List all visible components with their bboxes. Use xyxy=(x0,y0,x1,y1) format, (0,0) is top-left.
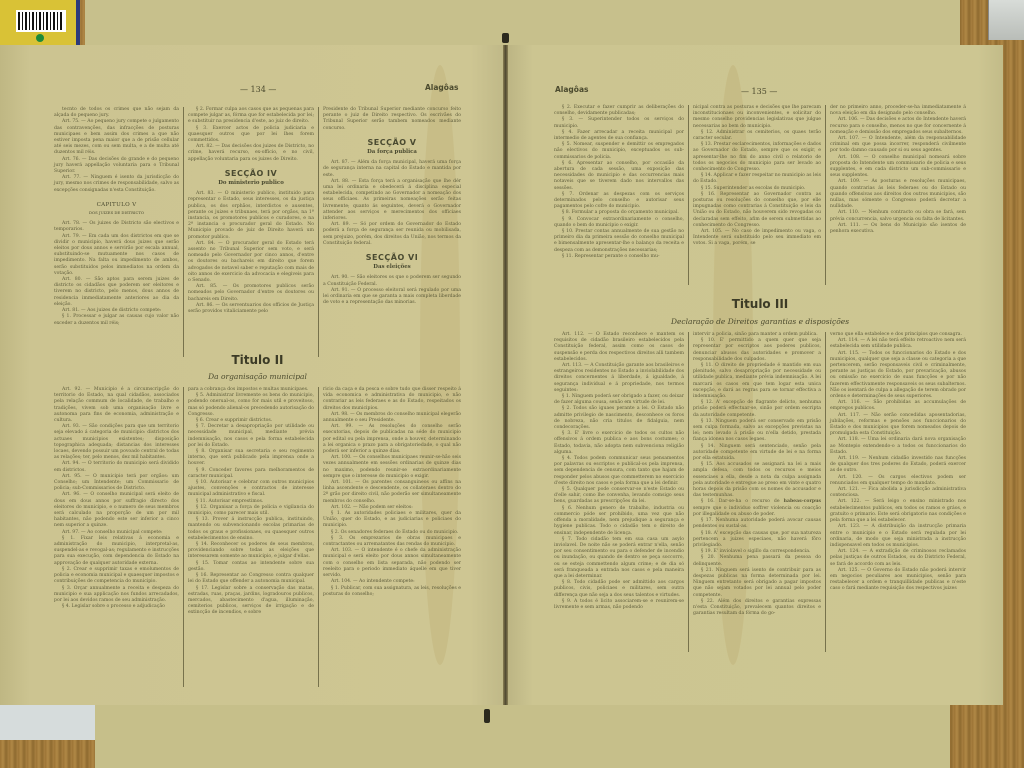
article-paragraph: Art. 79. — Em cada um dos districtos em … xyxy=(54,234,179,277)
article-paragraph: § 15. Aos accusados se assignará na lei … xyxy=(693,462,821,499)
article-paragraph: § 22. Além dos direitos e garantias expr… xyxy=(693,599,821,618)
lower-columns: Art. 92. — Municipio é a circumscripção … xyxy=(50,387,465,687)
article-paragraph: § 2. Executar e fazer cumprir as deliber… xyxy=(554,105,684,117)
section-title: Titulo III xyxy=(550,297,970,311)
article-paragraph: Art. 77. — Ninguem é isento da jurisdicç… xyxy=(54,175,179,194)
article-paragraph: § 13. Prover á instrucção publica, insti… xyxy=(188,517,314,542)
article-paragraph: Art. 100. — Os conselhos municipaes reun… xyxy=(323,455,461,480)
article-paragraph: § 4. Legislar sobre o processo e adjudic… xyxy=(54,604,179,610)
upper-columns: § 2. Executar e fazer cumprir as deliber… xyxy=(550,105,970,285)
article-paragraph: Art. 119. — Nenhum cidadão investido nas… xyxy=(830,456,966,475)
section-subheading: Da força publica xyxy=(323,149,461,155)
column: nicipal contra as posturas e decisões qu… xyxy=(688,105,825,285)
article-paragraph: § 13. Ninguem poderá ser conservado em p… xyxy=(693,419,821,444)
section-heading: SECÇÃO IV xyxy=(188,171,314,177)
article-paragraph: Art. 99. — As resoluções do conselho ser… xyxy=(323,424,461,455)
lower-columns: Art. 112. — O Estado reconhece e mantem … xyxy=(550,332,970,652)
crayon-box xyxy=(0,0,80,48)
article-paragraph: § 1. Fixar leis relativas á economia e a… xyxy=(54,536,179,567)
article-paragraph: § 3. — Superintender todos os serviços d… xyxy=(554,117,684,129)
article-paragraph: Art. 118. — Uma lei ordinaria dará nova … xyxy=(830,437,966,456)
article-paragraph: Art. 86. — Os serventuarios dos officios… xyxy=(188,303,314,315)
article-paragraph: Art. 107. — O Intendente, além da respon… xyxy=(830,136,966,155)
article-paragraph: § 5. Nomear, suspender e demittir os emp… xyxy=(554,142,684,161)
article-paragraph: § 2. Os senadores federaes do Estado ou … xyxy=(323,530,461,536)
article-paragraph: § 9. A todos é licito associarem-se e re… xyxy=(554,599,684,611)
section-heading: SECÇÃO V xyxy=(323,140,461,146)
article-paragraph: Art. 76. — Das decisões do grande e do p… xyxy=(54,157,179,176)
article-paragraph: Art. 85. — Os promotores publicos serão … xyxy=(188,284,314,303)
binding-thread-icon xyxy=(484,709,490,723)
article-paragraph: Art. 112. — O Estado reconhece e mantem … xyxy=(554,332,684,363)
article-paragraph: § 13. Prestar esclarecimentos, informaçõ… xyxy=(693,142,821,173)
article-paragraph: § 14. Ninguem será sentenciado, senão pe… xyxy=(693,444,821,463)
article-paragraph: Art. 122. — Será leigo o ensino ministra… xyxy=(830,499,966,524)
article-paragraph: Art. 125. — O Governo do Estado não pode… xyxy=(830,568,966,593)
article-paragraph: Art. 101. — Os parentes consanguineos ou… xyxy=(323,480,461,505)
article-paragraph: Art. 95. — O municipio terá por orgãos: … xyxy=(54,474,179,493)
paper-stack xyxy=(988,0,1024,40)
column: Art. 92. — Municipio é a circumscripção … xyxy=(50,387,183,687)
article-paragraph: § 3. E' livre o exercicio de todos os cu… xyxy=(554,431,684,456)
article-paragraph: Art. 120. — Os cargos electivos podem se… xyxy=(830,475,966,487)
article-paragraph: § 3. Orçar annualmente a receita e despe… xyxy=(54,586,179,605)
article-paragraph: Art. 92. — Municipio é a circumscripção … xyxy=(54,387,179,424)
running-head: Alagôas xyxy=(555,85,588,94)
article-paragraph: § 14. Applicar e fazer respeitar no muni… xyxy=(693,173,821,185)
article-paragraph: § 10. Prestar contas annualmente de sua … xyxy=(554,229,684,254)
article-paragraph: Art. 98. — Os membros do conselho munici… xyxy=(323,412,461,424)
article-paragraph: § 16. Representar ao Governador contra a… xyxy=(693,192,821,229)
upper-columns: tecnto de todos os crimes que não sejam … xyxy=(50,107,465,357)
section-heading: SECÇÃO VI xyxy=(323,255,461,261)
article-paragraph: Art. 105. — No caso de impedimento ou va… xyxy=(693,229,821,248)
article-paragraph: Art. 89. — Só por ordem do Governador do… xyxy=(323,222,461,247)
article-paragraph: § 16. Dar-se-ha o recurso de habeas-corp… xyxy=(693,499,821,518)
article-paragraph: Art. 78. — Os juizes de Districto são el… xyxy=(54,221,179,233)
article-paragraph: § 3. Exercer actos de policia judiciaria… xyxy=(188,126,314,145)
article-paragraph: der no primeiro anno, proceder-se-ha imm… xyxy=(830,105,966,117)
column: verno que ella estabelece e dos principi… xyxy=(825,332,970,652)
article-paragraph: § 7. Todo cidadão tem em sua casa um asy… xyxy=(554,537,684,580)
article-paragraph: Art. 93. — São condições para que um ter… xyxy=(54,424,179,461)
article-paragraph: § 8. Todo cidadão pode ser admittido aos… xyxy=(554,580,684,599)
article-paragraph: Art. 84. — O procurador geral do Estado … xyxy=(188,241,314,284)
article-paragraph: Art. 83. — O ministerio publico, institu… xyxy=(188,191,314,241)
emphasis-term: habeas-corpus xyxy=(784,499,821,504)
article-paragraph: § 15. Tomar contas ao intendente sobre s… xyxy=(188,561,314,573)
article-paragraph: § 8. Formular a proposta do orçamento mu… xyxy=(554,210,684,216)
article-paragraph: § 12. Administrar os cemiterios, os quae… xyxy=(693,130,821,142)
article-paragraph: § 20. Nenhuma pena passará da pessoa do … xyxy=(693,555,821,567)
article-paragraph: § 16. Representar ao Congresso contra qu… xyxy=(188,573,314,585)
article-paragraph: § 12. Organisar a força de policia e vig… xyxy=(188,505,314,517)
binding-thread-icon xyxy=(502,33,509,43)
article-paragraph: Art. 91. — O processo eleitoral será reg… xyxy=(323,288,461,307)
article-paragraph: Presidente do Tribunal Superior mediante… xyxy=(323,107,461,132)
article-paragraph: Art. 103. — O intendente é o chefe da ad… xyxy=(323,548,461,579)
recycle-logo-icon xyxy=(36,34,44,42)
article-paragraph: § 21. Ninguem será isento de contribuir … xyxy=(693,568,821,599)
article-paragraph: ricio da caça e da pesca e sobre tudo qu… xyxy=(323,387,461,412)
article-paragraph: Art. 96. — O conselho municipal será ele… xyxy=(54,492,179,529)
open-book: — 134 — Alagôas tecnto de todos os crime… xyxy=(0,45,1010,710)
article-paragraph: § 2. Crear e supprimir taxas e emolument… xyxy=(54,567,179,586)
article-paragraph: § 10. E' permittido a quem quer que seja… xyxy=(693,338,821,363)
section-subheading: Do ministerio publico xyxy=(188,180,314,186)
article-paragraph: Art. 82. — Das decisões dos juizes de Di… xyxy=(188,144,314,163)
article-paragraph: § 3. Os emprezarios de obras municipaes … xyxy=(323,536,461,548)
article-paragraph: § 11. Representar perante o conselho mu- xyxy=(554,254,684,260)
article-paragraph: § 10. Autorisar e celebrar com outros mu… xyxy=(188,480,314,499)
article-paragraph: Art. 108. — O conselho municipal nomeará… xyxy=(830,155,966,180)
column: § 2. Executar e fazer cumprir as deliber… xyxy=(550,105,688,285)
article-paragraph: § 17. Legislar sobre a conservação das m… xyxy=(188,586,314,617)
column: der no primeiro anno, proceder-se-ha imm… xyxy=(825,105,970,285)
article-paragraph: § 12. A' excepção de flagrante delicto, … xyxy=(693,400,821,419)
article-paragraph: Art. 114. — A lei não terá effeito retro… xyxy=(830,338,966,350)
article-paragraph: Art. 116. — São prohibidas as accumulaçõ… xyxy=(830,400,966,412)
article-paragraph: § 1. Publicar, com sua assignatura, as l… xyxy=(323,586,461,598)
article-paragraph: Art. 94. — O territorio do municipio ser… xyxy=(54,461,179,473)
column: Art. 112. — O Estado reconhece e mantem … xyxy=(550,332,688,652)
article-paragraph: Art. 88. — Esta força terá a organisação… xyxy=(323,179,461,222)
column: tecnto de todos os crimes que não sejam … xyxy=(50,107,183,357)
article-paragraph: § 4. Todos podem communicar seus pensame… xyxy=(554,456,684,487)
article-paragraph: Art. 109. — As posturas e resoluções mun… xyxy=(830,179,966,210)
article-paragraph: § 11. O direito de propriedade é mantido… xyxy=(693,363,821,400)
article-paragraph: Art. 124. — A extradição de criminosos r… xyxy=(830,549,966,568)
column: intervir a policia, sinão para manter a … xyxy=(688,332,825,652)
article-paragraph: Art. 106. — Das decisões e actos do Inte… xyxy=(830,117,966,136)
article-paragraph: § 9. Conceder favores para melhoramentos… xyxy=(188,468,314,480)
article-paragraph: Art. 115. — Todos os funccionarios do Es… xyxy=(830,351,966,401)
article-paragraph: § 2. Formar culpa aos casos que as peque… xyxy=(188,107,314,126)
article-paragraph: § 18. A' excepção das causas que, por su… xyxy=(693,531,821,550)
article-paragraph: § 9. Convocar extraordinariamente o cons… xyxy=(554,217,684,229)
article-paragraph: Art. 80. — São aptos para serem juizes d… xyxy=(54,277,179,308)
column: § 2. Formar culpa aos casos que as peque… xyxy=(183,107,318,357)
article-paragraph: Art. 110. — Nenhum contracto ou obra se … xyxy=(830,210,966,222)
article-paragraph: § 15. Superintender as escolas do munici… xyxy=(693,186,821,192)
article-paragraph: § 14. Reconhecer os poderes de seus memb… xyxy=(188,542,314,561)
article-paragraph: Art. 87. — Além da força municipal, have… xyxy=(323,160,461,179)
article-paragraph: Art. 111. — Os bens do Municipio são ise… xyxy=(830,223,966,235)
article-paragraph: § 8. Organisar sua secretaria e seu regi… xyxy=(188,449,314,468)
article-paragraph: § 17. Nenhuma autoridade poderá avocar c… xyxy=(693,518,821,530)
article-paragraph: § 5. Administrar livremente os bens do m… xyxy=(188,393,314,418)
article-paragraph: § 7. Ordenar as despezas com os serviços… xyxy=(554,192,684,211)
column: Presidente do Tribunal Superior mediante… xyxy=(318,107,465,357)
right-page: Alagôas — 135 — § 2. Executar e fazer cu… xyxy=(508,45,1003,705)
article-paragraph: Art. 75. — Ao pequeno jury compete o jul… xyxy=(54,119,179,156)
article-paragraph: § 5. Qualquer pode conservar-se n'este E… xyxy=(554,487,684,506)
article-paragraph: § 1. Ninguem poderá ser obrigado a fazer… xyxy=(554,394,684,406)
column: ricio da caça e da pesca e sobre tudo qu… xyxy=(318,387,465,687)
article-paragraph: Art. 90. — São eleitores os que o podere… xyxy=(323,275,461,287)
article-paragraph: Art. 113. — A Constituição garante aos b… xyxy=(554,363,684,394)
article-paragraph: tecnto de todos os crimes que não sejam … xyxy=(54,107,179,119)
section-subheading: Das eleições xyxy=(323,264,461,270)
article-paragraph: § 4. Fazer arrecadar a receita municipal… xyxy=(554,130,684,142)
article-paragraph: nicipal contra as posturas e decisões qu… xyxy=(693,105,821,130)
chapter-subheading: DOS JUIZES DE DISTRICTO xyxy=(54,210,179,216)
article-paragraph: Art. 121. — Fica abolida a jurisdicção a… xyxy=(830,487,966,499)
article-paragraph: § 1. Processar e julgar as causas cujo v… xyxy=(54,314,179,326)
section-subtitle: Da organisação municipal xyxy=(50,372,465,381)
article-paragraph: § 2. Todos são iguaes perante a lei. O E… xyxy=(554,406,684,431)
barcode-icon xyxy=(16,10,66,32)
article-paragraph: Art. 123. — A distribuição da instrucção… xyxy=(830,524,966,549)
article-paragraph: § 6. Nenhum genero de trabalho, industri… xyxy=(554,506,684,537)
article-paragraph: § 6. Apresentar ao conselho, por occasiã… xyxy=(554,161,684,192)
article-paragraph: Art. 117. — Não serão concedidas aposent… xyxy=(830,413,966,438)
section-title: Titulo II xyxy=(50,353,465,367)
article-paragraph: § 1. As autoridades policiaes e militare… xyxy=(323,511,461,530)
section-subtitle: Declaração de Direitos garantias e dispo… xyxy=(550,317,970,326)
running-head: Alagôas xyxy=(425,83,458,92)
page-number: — 135 — xyxy=(741,87,777,96)
page-number: — 134 — xyxy=(240,85,276,94)
left-page: — 134 — Alagôas tecnto de todos os crime… xyxy=(0,45,505,705)
article-paragraph: § 7. Decretar a desapropriação por utili… xyxy=(188,424,314,449)
column: para a cobrança dos impostos e multas mu… xyxy=(183,387,318,687)
article-paragraph: Art. 97. — Ao conselho municipal compete… xyxy=(54,530,179,536)
chapter-heading: CAPITULO V xyxy=(54,202,179,208)
